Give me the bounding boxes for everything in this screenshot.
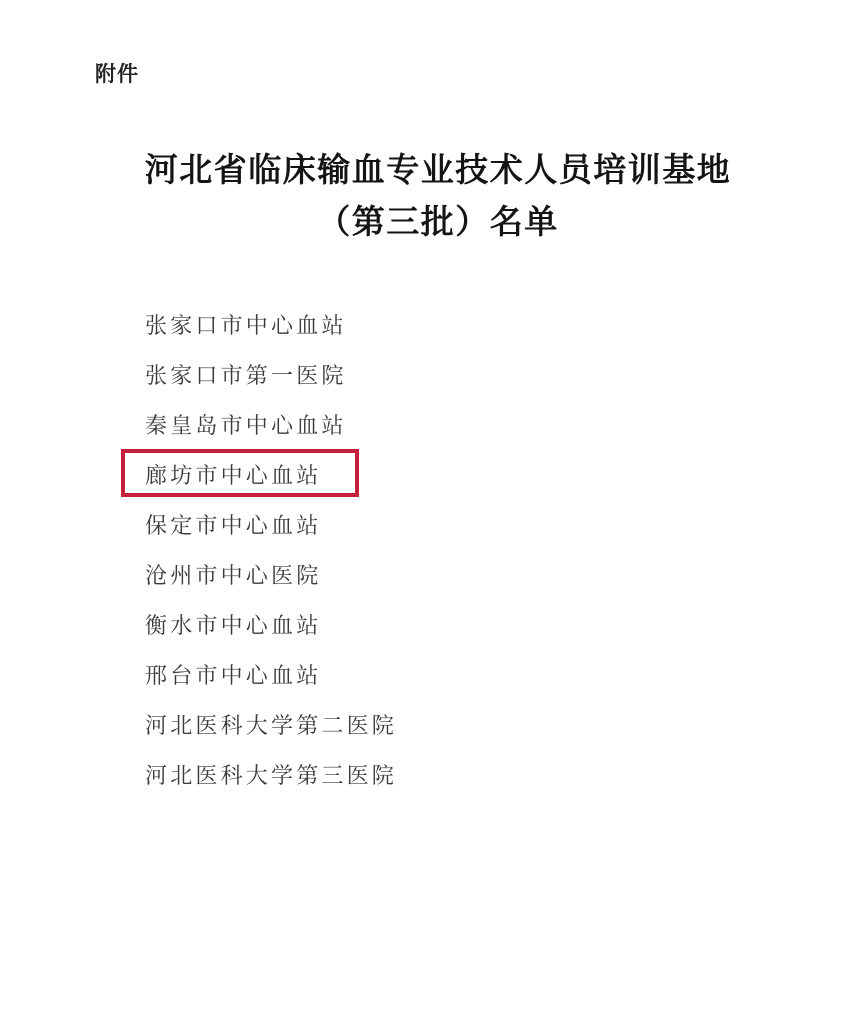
institution-item: 衡水市中心血站 bbox=[145, 610, 397, 660]
document-title-line-1: 河北省临床输血专业技术人员培训基地 bbox=[6, 148, 864, 192]
institution-item: 河北医科大学第二医院 bbox=[145, 710, 397, 760]
highlight-box bbox=[121, 449, 359, 497]
document-title-line-2: （第三批）名单 bbox=[6, 200, 864, 244]
institution-item: 张家口市中心血站 bbox=[145, 310, 397, 360]
institution-item: 张家口市第一医院 bbox=[145, 360, 397, 410]
institution-item: 邢台市中心血站 bbox=[145, 660, 397, 710]
institution-item: 沧州市中心医院 bbox=[145, 560, 397, 610]
institution-item: 保定市中心血站 bbox=[145, 510, 397, 560]
institution-item: 河北医科大学第三医院 bbox=[145, 760, 397, 810]
attachment-label: 附件 bbox=[95, 60, 139, 88]
institution-list: 张家口市中心血站 张家口市第一医院 秦皇岛市中心血站 廊坊市中心血站 保定市中心… bbox=[145, 310, 397, 810]
